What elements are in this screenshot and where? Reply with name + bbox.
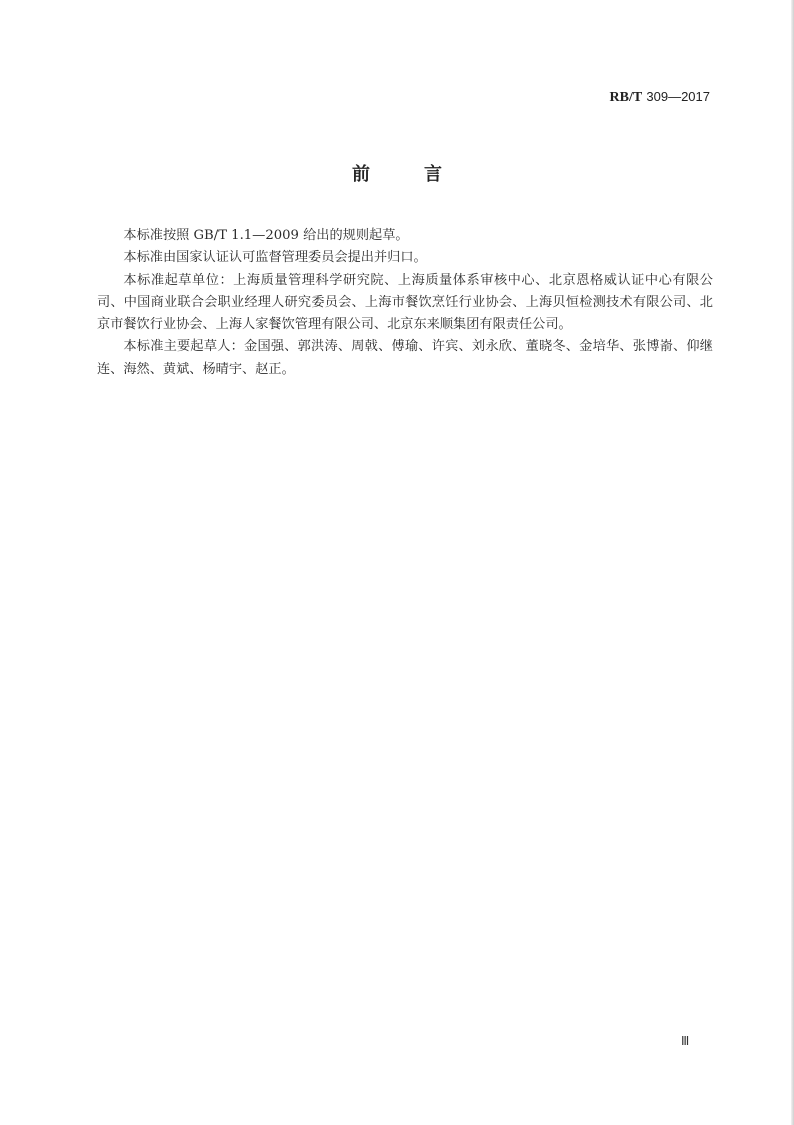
title-char-1: 前: [352, 160, 370, 186]
standard-prefix: RB/T: [610, 90, 643, 105]
paragraph-drafting-rules: 本标准按照 GB/T 1.1—2009 给出的规则起草。: [97, 225, 713, 247]
paragraph-drafting-units: 本标准起草单位：上海质量管理科学研究院、上海质量体系审核中心、北京恩格威认证中心…: [97, 270, 713, 337]
standard-code: RB/T 309—2017: [590, 89, 710, 106]
page-title: 前言: [0, 160, 794, 186]
paragraph-proposer: 本标准由国家认证认可监督管理委员会提出并归口。: [97, 247, 713, 269]
page-number: Ⅲ: [681, 1034, 688, 1049]
title-char-2: 言: [424, 160, 442, 186]
paragraph-drafters: 本标准主要起草人：金国强、郭洪涛、周戟、傅瑜、许宾、刘永欣、董晓冬、金培华、张博…: [97, 336, 713, 381]
standard-number: 309—2017: [646, 89, 710, 104]
foreword-body: 本标准按照 GB/T 1.1—2009 给出的规则起草。 本标准由国家认证认可监…: [97, 225, 713, 381]
